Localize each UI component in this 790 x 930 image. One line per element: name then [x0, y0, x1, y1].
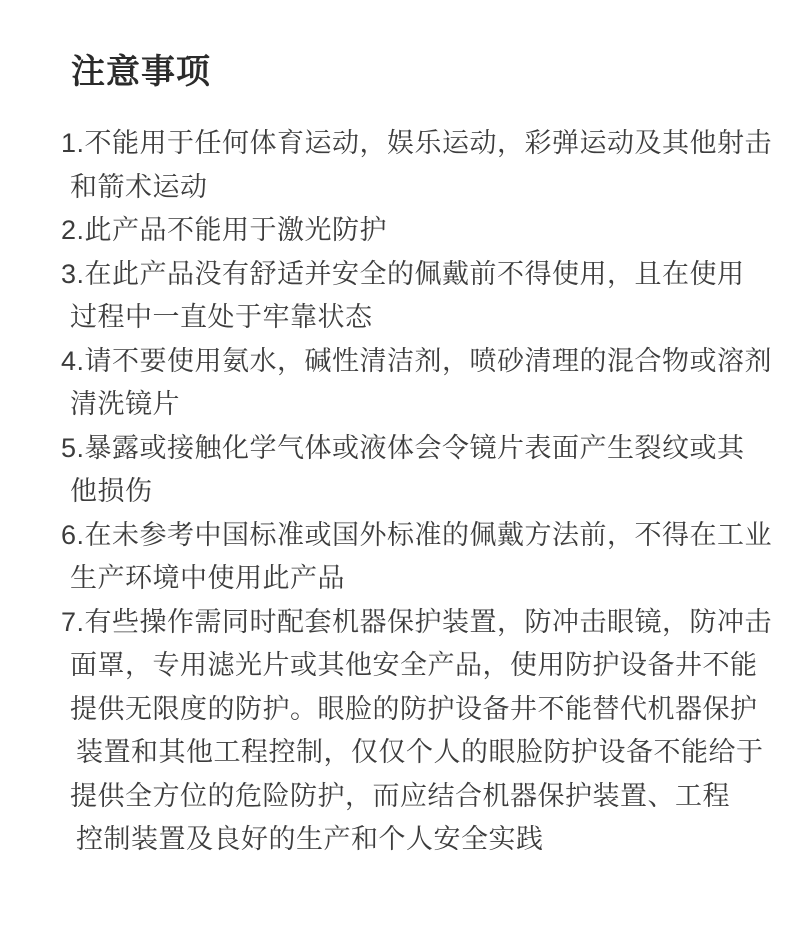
precaution-line: 5.暴露或接触化学气体或液体会令镜片表面产生裂纹或其: [61, 427, 790, 471]
precautions-list: 1.不能用于任何体育运动，娱乐运动，彩弹运动及其他射击 和箭术运动 2.此产品不…: [0, 122, 790, 862]
precaution-line: 面罩，专用滤光片或其他安全产品，使用防护设备井不能: [61, 644, 790, 688]
precaution-item-6: 6.在未参考中国标准或国外标准的佩戴方法前，不得在工业 生产环境中使用此产品: [61, 514, 790, 601]
precaution-line: 清洗镜片: [61, 383, 790, 427]
precaution-item-2: 2.此产品不能用于激光防护: [61, 209, 790, 253]
precaution-line: 3.在此产品没有舒适并安全的佩戴前不得使用，且在使用: [61, 253, 790, 297]
precaution-line: 6.在未参考中国标准或国外标准的佩戴方法前，不得在工业: [61, 514, 790, 558]
precautions-page: 注意事项 1.不能用于任何体育运动，娱乐运动，彩弹运动及其他射击 和箭术运动 2…: [0, 0, 790, 930]
precaution-line: 他损伤: [61, 470, 790, 514]
precaution-item-1: 1.不能用于任何体育运动，娱乐运动，彩弹运动及其他射击 和箭术运动: [61, 122, 790, 209]
precaution-item-7: 7.有些操作需同时配套机器保护装置，防冲击眼镜，防冲击 面罩，专用滤光片或其他安…: [61, 601, 790, 862]
page-title: 注意事项: [0, 0, 790, 94]
precaution-item-5: 5.暴露或接触化学气体或液体会令镜片表面产生裂纹或其 他损伤: [61, 427, 790, 514]
precaution-line: 1.不能用于任何体育运动，娱乐运动，彩弹运动及其他射击: [61, 122, 790, 166]
precaution-line: 过程中一直处于牢靠状态: [61, 296, 790, 340]
precaution-line: 装置和其他工程控制，仅仅个人的眼脸防护设备不能给于: [61, 731, 790, 775]
precaution-line: 提供全方位的危险防护，而应结合机器保护装置、工程: [61, 775, 790, 819]
precaution-line: 控制装置及良好的生产和个人安全实践: [61, 818, 790, 862]
precaution-line: 和箭术运动: [61, 166, 790, 210]
precaution-line: 提供无限度的防护。眼脸的防护设备井不能替代机器保护: [61, 688, 790, 732]
precaution-line: 4.请不要使用氨水，碱性清洁剂，喷砂清理的混合物或溶剂: [61, 340, 790, 384]
precaution-item-3: 3.在此产品没有舒适并安全的佩戴前不得使用，且在使用 过程中一直处于牢靠状态: [61, 253, 790, 340]
precaution-line: 2.此产品不能用于激光防护: [61, 209, 790, 253]
precaution-line: 生产环境中使用此产品: [61, 557, 790, 601]
precaution-line: 7.有些操作需同时配套机器保护装置，防冲击眼镜，防冲击: [61, 601, 790, 645]
precaution-item-4: 4.请不要使用氨水，碱性清洁剂，喷砂清理的混合物或溶剂 清洗镜片: [61, 340, 790, 427]
